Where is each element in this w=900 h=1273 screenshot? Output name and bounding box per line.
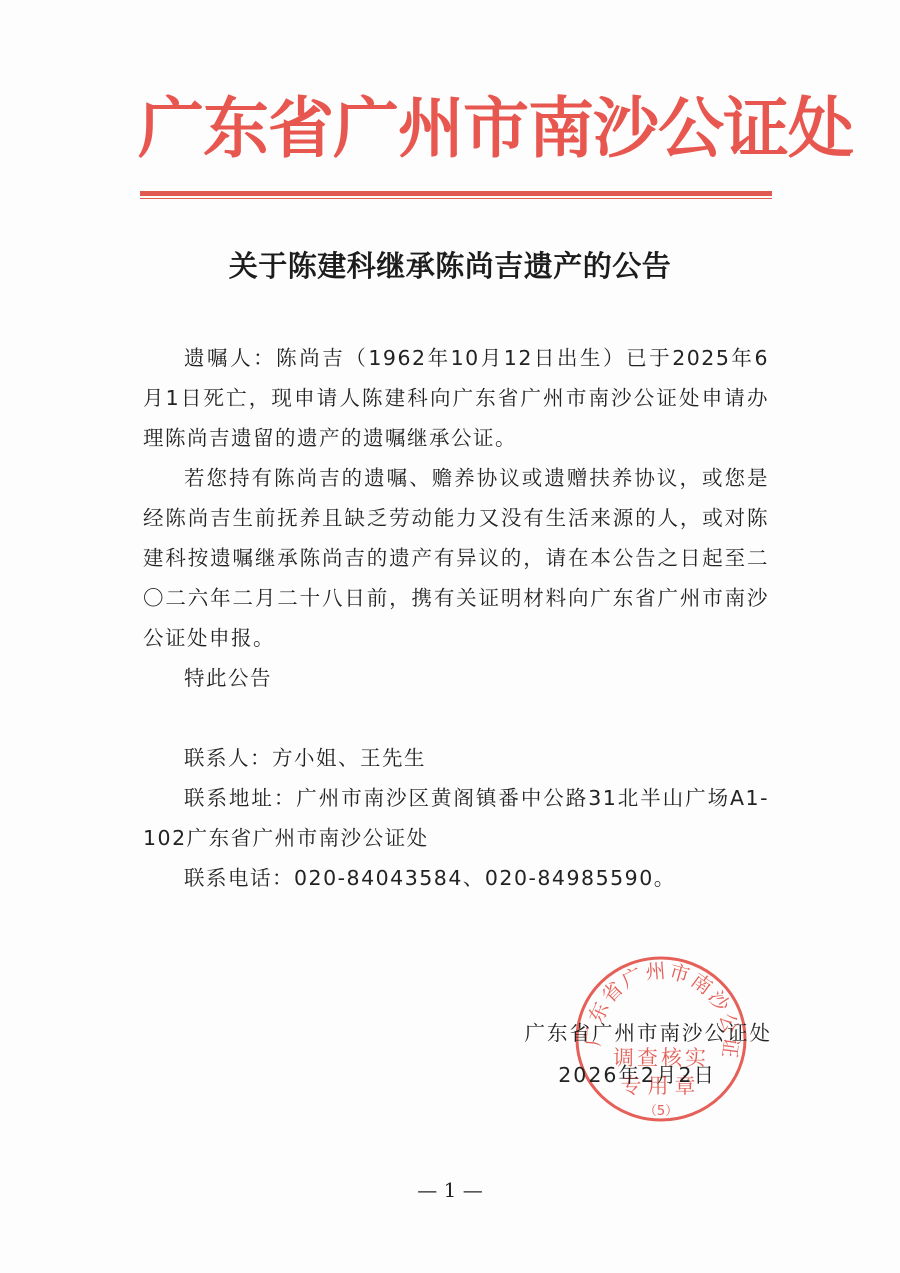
contact-address: 联系地址：广州市南沙区黄阁镇番中公路31北半山广场A1-102广东省广州市南沙公… [143, 778, 769, 858]
signature-date: 2026年2月2日 [0, 1055, 716, 1095]
seal-number: （5） [644, 1104, 678, 1119]
paragraph-objection-notice: 若您持有陈尚吉的遗嘱、赡养协议或遗赠扶养协议，或您是经陈尚吉生前抚养且缺乏劳动能… [143, 458, 769, 658]
contact-phone: 联系电话：020-84043584、020-84985590。 [143, 858, 769, 898]
announcement-title: 关于陈建科继承陈尚吉遗产的公告 [0, 246, 900, 286]
masthead-title: 广东省广州市南沙公证处 [138, 88, 774, 168]
document-page: 广东省广州市南沙公证处 关于陈建科继承陈尚吉遗产的公告 遗嘱人：陈尚吉（1962… [0, 0, 900, 1273]
paragraph-testator-info: 遗嘱人：陈尚吉（1962年10月12日出生）已于2025年6月1日死亡，现申请人… [143, 338, 769, 458]
announcement-body: 遗嘱人：陈尚吉（1962年10月12日出生）已于2025年6月1日死亡，现申请人… [143, 338, 769, 898]
page-number: — 1 — [0, 1175, 900, 1205]
header-rule-thick [140, 191, 772, 196]
contact-person: 联系人：方小姐、王先生 [143, 738, 769, 778]
paragraph-closing: 特此公告 [143, 658, 769, 698]
spacer [143, 698, 769, 738]
header-rule-thin [140, 198, 772, 199]
signature-organization: 广东省广州市南沙公证处 [0, 1013, 772, 1053]
